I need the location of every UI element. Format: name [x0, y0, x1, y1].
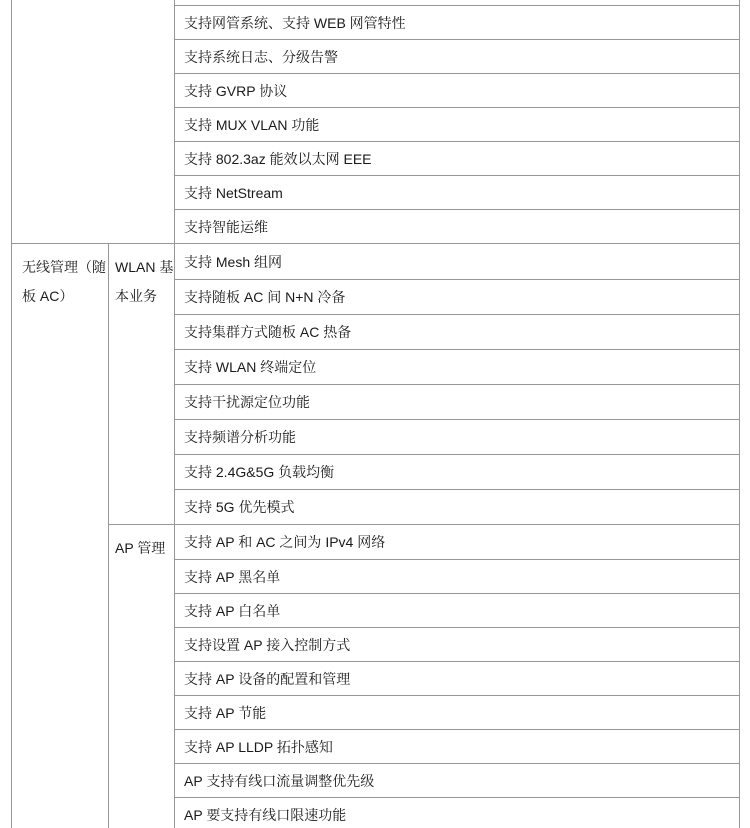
subcategory-group: AP 管理支持 AP 和 AC 之间为 IPv4 网络支持 AP 黑名单支持 A…: [109, 524, 739, 828]
feature-row: 支持网管系统、支持 WEB 网管特性: [175, 5, 739, 39]
feature-row: 支持 Mesh 组网: [175, 244, 739, 279]
feature-row: 支持 802.3az 能效以太网 EEE: [175, 141, 739, 175]
subcategory-cell: AP 管理: [109, 525, 175, 828]
feature-text: 支持 NetStream: [184, 183, 283, 203]
feature-spec-table: 支持网管系统、支持 WEB 网管特性支持系统日志、分级告警支持 GVRP 协议支…: [11, 0, 740, 828]
feature-row: 支持集群方式随板 AC 热备: [175, 314, 739, 349]
feature-row: 支持 AP 设备的配置和管理: [175, 661, 739, 695]
feature-text: 支持 AP 黑名单: [184, 567, 280, 587]
subcategory-feature-rows: 支持 AP 和 AC 之间为 IPv4 网络支持 AP 黑名单支持 AP 白名单…: [175, 525, 739, 828]
feature-row: 支持 5G 优先模式: [175, 489, 739, 524]
feature-row: 支持 GVRP 协议: [175, 73, 739, 107]
feature-row: AP 支持有线口流量调整优先级: [175, 763, 739, 797]
table-top-section: 支持网管系统、支持 WEB 网管特性支持系统日志、分级告警支持 GVRP 协议支…: [12, 0, 739, 243]
category-label: 无线管理（随板 AC）: [22, 259, 106, 304]
feature-row: 支持干扰源定位功能: [175, 384, 739, 419]
wireless-management-section: 无线管理（随板 AC） WLAN 基本业务支持 Mesh 组网支持随板 AC 间…: [12, 243, 739, 828]
feature-text: 支持 GVRP 协议: [184, 81, 287, 101]
category-cell-empty: [12, 0, 175, 243]
feature-text: 支持 AP LLDP 拓扑感知: [184, 737, 333, 757]
feature-text: 支持网管系统、支持 WEB 网管特性: [184, 13, 406, 33]
feature-text: 支持智能运维: [184, 217, 268, 237]
feature-row: 支持 WLAN 终端定位: [175, 349, 739, 384]
feature-text: 支持随板 AC 间 N+N 冷备: [184, 287, 345, 307]
feature-text: AP 要支持有线口限速功能: [184, 805, 346, 825]
feature-row: 支持 2.4G&5G 负载均衡: [175, 454, 739, 489]
feature-row: 支持 AP LLDP 拓扑感知: [175, 729, 739, 763]
subcategory-feature-rows: 支持 Mesh 组网支持随板 AC 间 N+N 冷备支持集群方式随板 AC 热备…: [175, 244, 739, 524]
feature-text: 支持 AP 和 AC 之间为 IPv4 网络: [184, 532, 385, 552]
feature-text: 支持 AP 设备的配置和管理: [184, 669, 350, 689]
feature-text: 支持 WLAN 终端定位: [184, 357, 316, 377]
feature-row: 支持设置 AP 接入控制方式: [175, 627, 739, 661]
feature-text: 支持集群方式随板 AC 热备: [184, 322, 351, 342]
feature-row: 支持 AP 白名单: [175, 593, 739, 627]
feature-text: 支持 AP 白名单: [184, 601, 280, 621]
feature-row: AP 要支持有线口限速功能: [175, 797, 739, 828]
feature-row: 支持 AP 黑名单: [175, 559, 739, 593]
document-page: 支持网管系统、支持 WEB 网管特性支持系统日志、分级告警支持 GVRP 协议支…: [0, 0, 750, 828]
feature-row: 支持随板 AC 间 N+N 冷备: [175, 279, 739, 314]
category-cell: 无线管理（随板 AC）: [12, 244, 109, 828]
subcategory-group: WLAN 基本业务支持 Mesh 组网支持随板 AC 间 N+N 冷备支持集群方…: [109, 244, 739, 524]
feature-text: 支持 802.3az 能效以太网 EEE: [184, 149, 372, 169]
feature-text: 支持 Mesh 组网: [184, 252, 282, 272]
feature-row: 支持系统日志、分级告警: [175, 39, 739, 73]
feature-text: 支持干扰源定位功能: [184, 392, 310, 412]
feature-text: 支持 MUX VLAN 功能: [184, 115, 319, 135]
feature-row: 支持 MUX VLAN 功能: [175, 107, 739, 141]
feature-row: 支持 AP 和 AC 之间为 IPv4 网络: [175, 525, 739, 559]
feature-text: 支持 AP 节能: [184, 703, 266, 723]
subcategory-groups: WLAN 基本业务支持 Mesh 组网支持随板 AC 间 N+N 冷备支持集群方…: [109, 244, 739, 828]
subcategory-label: WLAN 基本业务: [115, 259, 173, 304]
feature-text: 支持 5G 优先模式: [184, 497, 294, 517]
feature-row: 支持智能运维: [175, 209, 739, 243]
subcategory-cell: WLAN 基本业务: [109, 244, 175, 524]
feature-row: 支持 NetStream: [175, 175, 739, 209]
top-feature-rows: 支持网管系统、支持 WEB 网管特性支持系统日志、分级告警支持 GVRP 协议支…: [175, 0, 739, 243]
feature-row: 支持 AP 节能: [175, 695, 739, 729]
feature-text: 支持设置 AP 接入控制方式: [184, 635, 350, 655]
subcategory-label: AP 管理: [115, 540, 165, 556]
feature-text: 支持系统日志、分级告警: [184, 47, 338, 67]
feature-text: AP 支持有线口流量调整优先级: [184, 771, 374, 791]
feature-row: 支持频谱分析功能: [175, 419, 739, 454]
feature-text: 支持 2.4G&5G 负载均衡: [184, 462, 334, 482]
feature-text: 支持频谱分析功能: [184, 427, 296, 447]
